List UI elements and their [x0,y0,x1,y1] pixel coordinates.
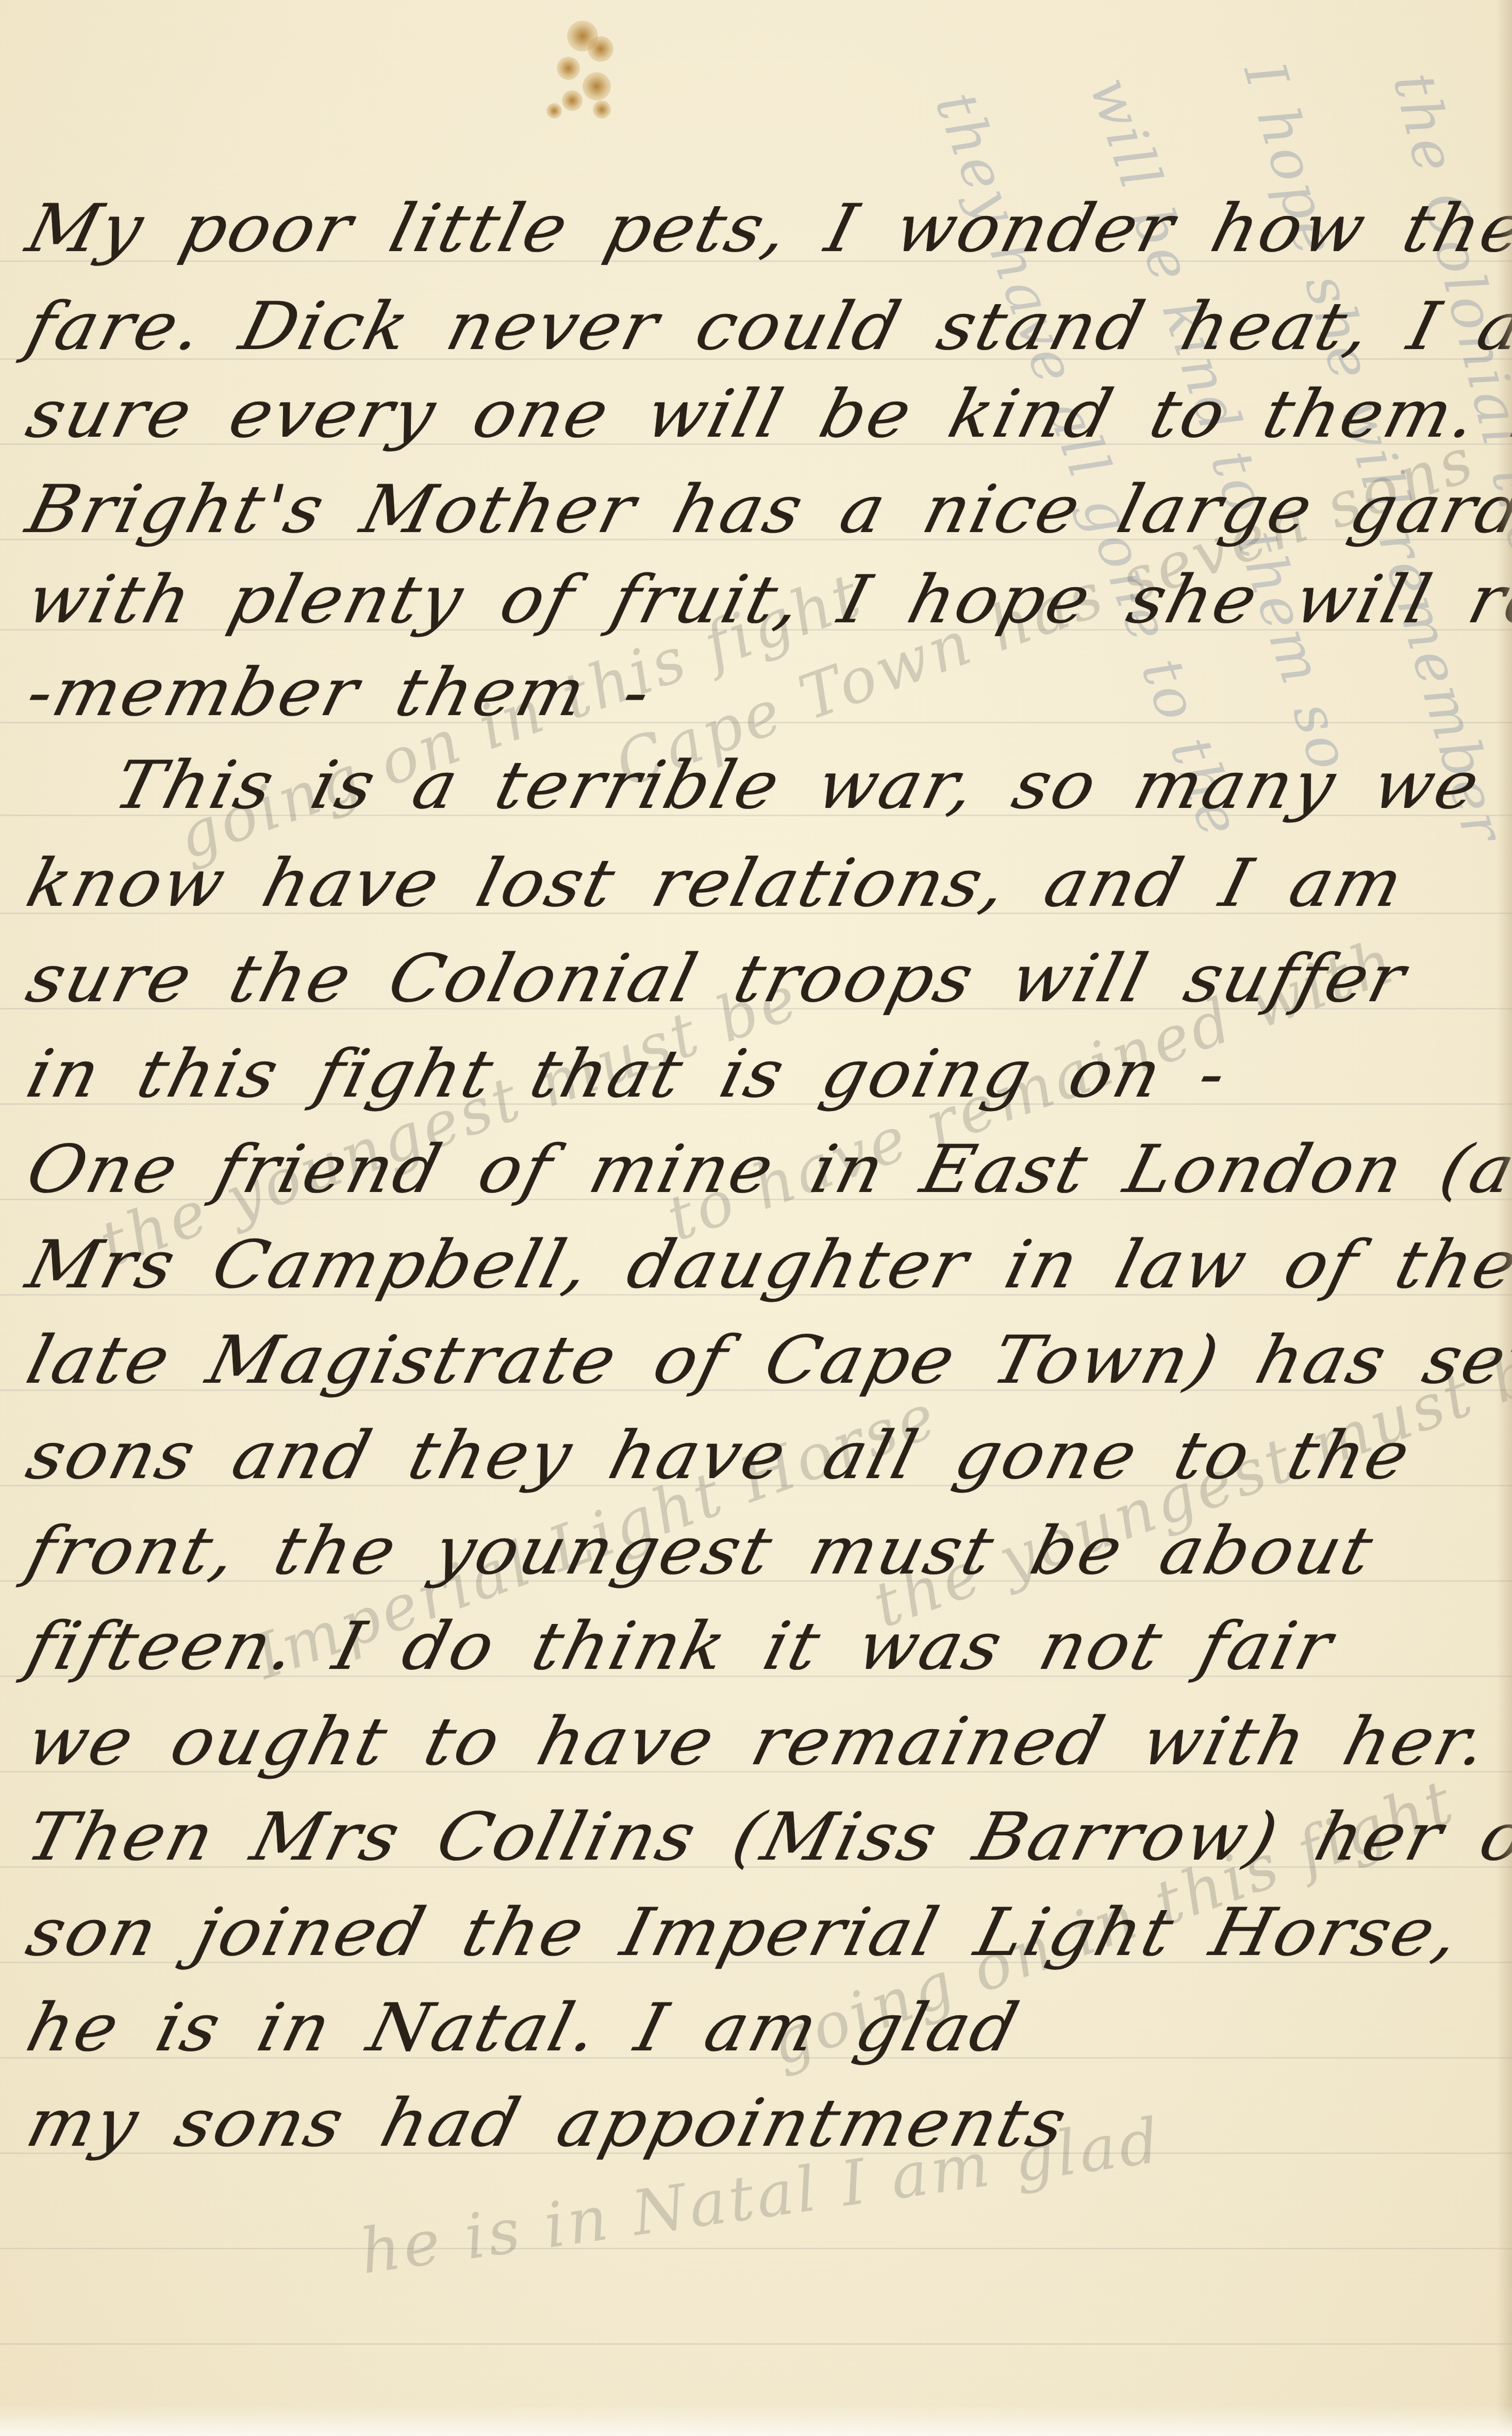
foxing-stain [588,36,613,62]
letter-page: they have all gone to the will be kind t… [0,0,1512,2436]
letter-line-13: late Magistrate of Cape Town) has seven [21,1328,1512,1394]
letter-line-4: Bright's Mother has a nice large garden [21,477,1512,543]
letter-line-5: with plenty of fruit, I hope she will re… [21,567,1512,633]
letter-line-3: sure every one will be kind to them. Mrs… [21,382,1512,448]
letter-line-15: front, the youngest must be about [21,1518,1512,1584]
page-edge-shadow [1497,0,1512,2436]
letter-line-21: my sons had appointments [21,2091,1512,2157]
ruled-line [0,2343,1512,2345]
letter-line-6: -member them - [21,660,1512,726]
letter-line-14: sons and they have all gone to the [21,1423,1512,1489]
letter-line-20: he is in Natal. I am glad [21,1995,1512,2061]
foxing-stain [583,72,611,101]
foxing-stain [593,101,611,119]
ruled-line [0,2248,1512,2249]
letter-line-12: Mrs Campbell, daughter in law of the [21,1232,1512,1298]
foxing-stain [562,90,583,111]
page-bottom-edge [0,2405,1512,2436]
foxing-stain [546,103,562,119]
letter-line-1: My poor little pets, I wonder how they [21,196,1512,262]
letter-line-16: fifteen. I do think it was not fair [21,1614,1512,1680]
letter-line-17: we ought to have remained with her. [21,1709,1512,1775]
letter-line-19: son joined the Imperial Light Horse, [21,1900,1512,1966]
letter-line-10: in this fight that is going on - [21,1041,1512,1107]
letter-line-18: Then Mrs Collins (Miss Barrow) her only [21,1804,1512,1870]
foxing-stain [557,57,580,80]
letter-line-11: One friend of mine in East London (a [21,1137,1512,1203]
letter-line-9: sure the Colonial troops will suffer [21,946,1512,1012]
letter-line-7: This is a terrible war, so many we [108,753,1512,819]
letter-line-2: fare. Dick never could stand heat, I am [21,294,1512,360]
letter-line-8: know have lost relations, and I am [21,851,1512,917]
